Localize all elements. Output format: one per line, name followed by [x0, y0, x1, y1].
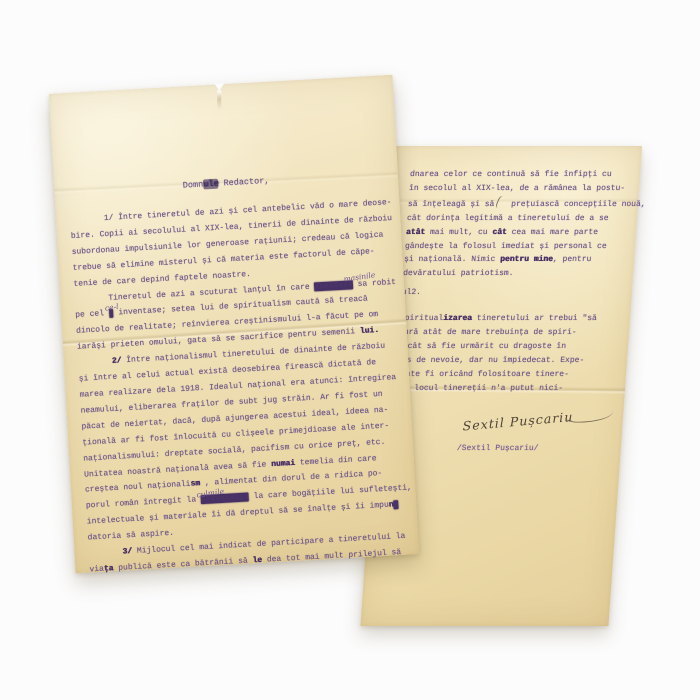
typed-text-column: 1/ Între tineretul de azi și cel antebel…: [49, 75, 420, 579]
struck-word: ece-l: [109, 309, 114, 318]
struck-word: m: [393, 500, 398, 509]
typed-line: poate fi oricând folositoare tinere-: [396, 368, 617, 382]
overstruck-word: izarea: [443, 314, 472, 323]
overstruck-word: cât: [492, 228, 507, 237]
paragraph: 2/ Între naționalismul tineretului de di…: [78, 338, 410, 547]
overstruck-word: le: [252, 556, 262, 566]
typed-line: să înțeleagă și să prețuiască concepțiil…: [407, 196, 628, 212]
typed-text-block: spiritualizarea tineretului ar trebui "s…: [395, 312, 621, 395]
typed-line: cas de nevoie, dar nu împiedecat. Expe-: [396, 354, 617, 368]
typed-line: ple locul tinereții n'a putut nici-: [395, 382, 616, 396]
typed-line: decât să fie urmărit cu dragoste în: [397, 340, 618, 354]
overstruck-word: 2/: [112, 357, 122, 367]
typed-text-column: dnarea celor ce continuă să fie înfipți …: [377, 146, 642, 396]
typed-line: ul2.: [401, 286, 622, 300]
typed-text-block: dnarea celor ce continuă să fie înfipți …: [403, 168, 631, 281]
handwritten-signature: Sextil Pușcariu: [463, 405, 614, 433]
letter-page-1: Domnule Redactor, 1/ Între tineretul de …: [49, 75, 419, 573]
struck-word: xxxxxxxxmașinile: [314, 280, 353, 291]
overstruck-word: lui.: [360, 326, 380, 336]
photograph-background: dnarea celor ce continuă să fie înfipți …: [0, 0, 700, 700]
overstruck-word: numai: [271, 458, 295, 468]
overstruck-word: ța: [104, 564, 114, 574]
handwritten-insert: culmile: [196, 484, 226, 504]
typed-line: spiritualizarea tineretului ar trebui "s…: [399, 312, 620, 326]
overstruck-word: 3/: [122, 547, 132, 557]
pen-stroke: [495, 195, 508, 210]
struck-word: xxxxxxxxxxculmile: [201, 493, 249, 505]
overstruck-word: atât: [406, 228, 426, 237]
typed-text-fragment: ul2.: [401, 286, 622, 300]
handwritten-insert: ce-l: [103, 299, 119, 317]
typed-line: gândește la folosul imediat și personal …: [404, 240, 625, 254]
typed-line: devăratului patriotism.: [403, 267, 624, 281]
typed-line: atât mai mult, cu cât cea mai mare parte: [405, 226, 626, 240]
typed-signature: /Sextil Pușcariu/: [457, 444, 539, 453]
typed-line: dnarea celor ce continuă să fie înfipți …: [409, 168, 630, 182]
typed-line: cât dorința legitimă a tineretului de a …: [406, 212, 627, 226]
typed-line: sură atât de mare trebuința de spiri-: [398, 326, 619, 340]
typed-line: în secolul al XIX-lea, de a rămânea la p…: [409, 182, 630, 196]
overstruck-word: pentru mine: [500, 255, 553, 264]
typed-line: și națională. Nimic pentru mine, pentru: [404, 253, 625, 267]
